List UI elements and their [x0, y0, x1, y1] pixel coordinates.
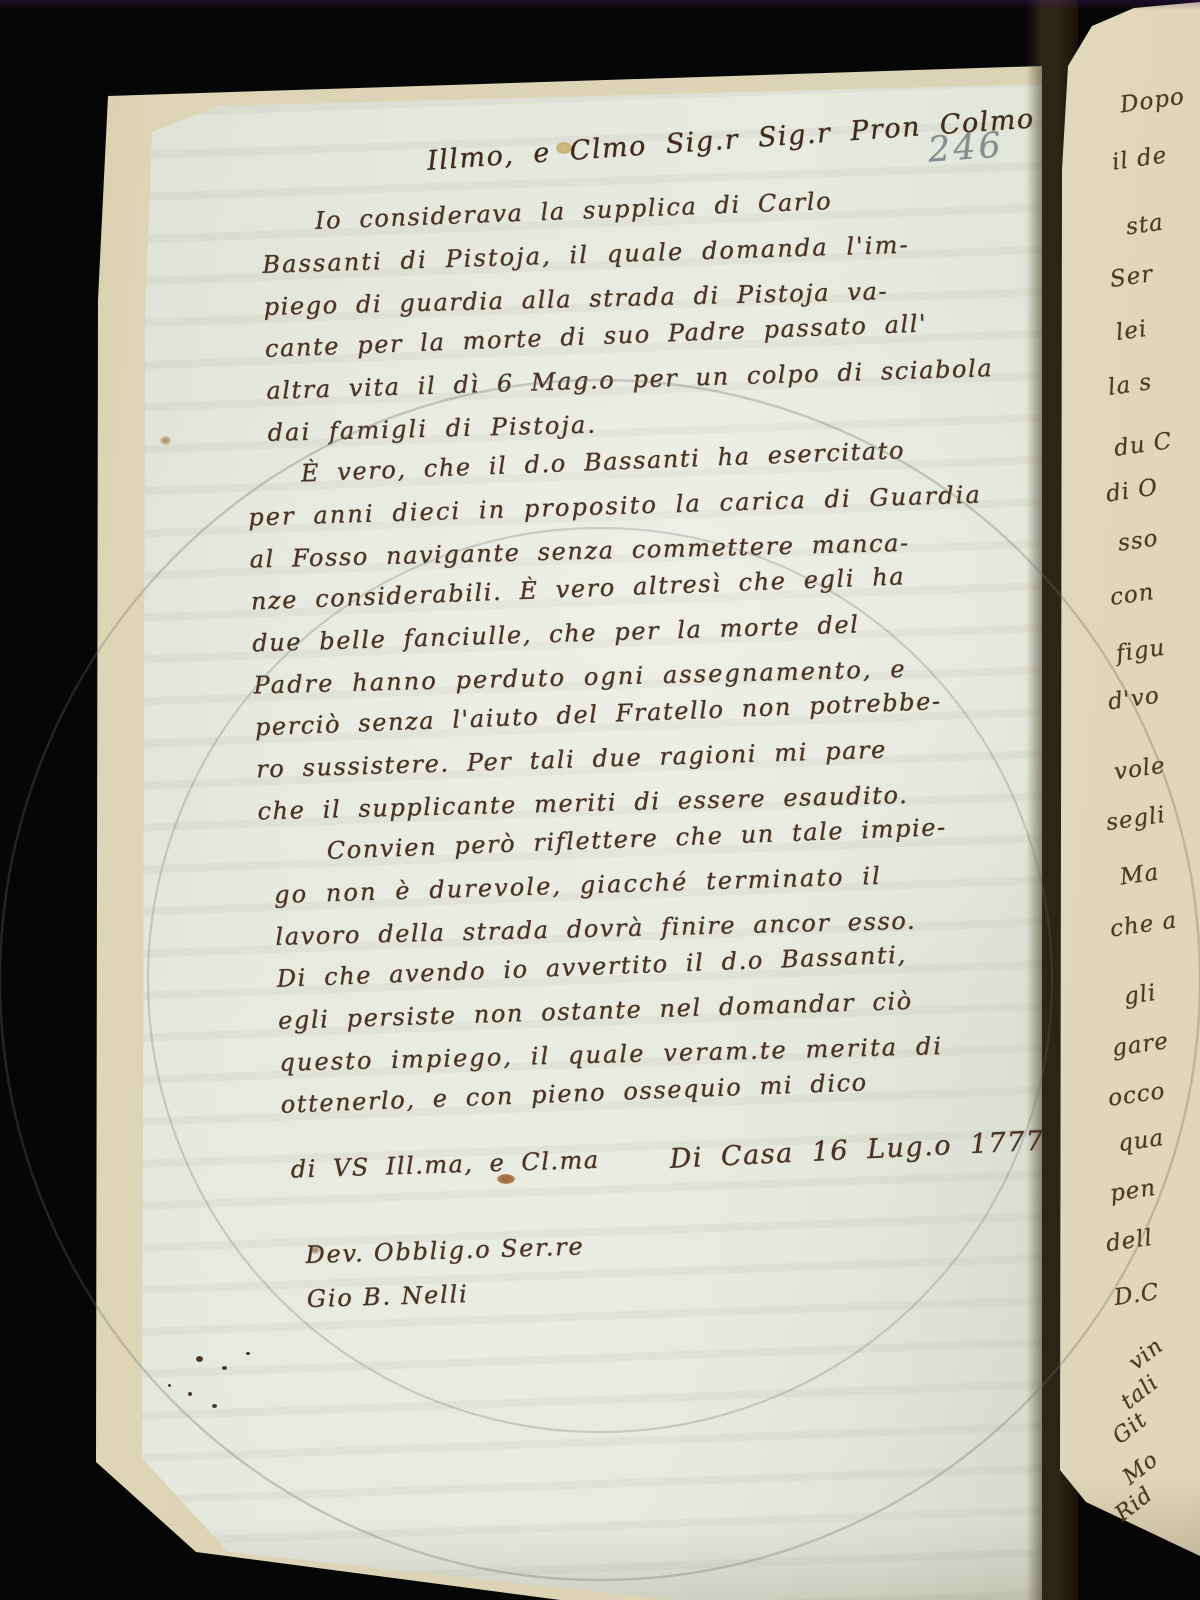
ink-speck [212, 1404, 217, 1408]
letter-body: Illmo, e Clmo Sig.r Sig.r Pron Colmo Io … [258, 103, 1043, 1322]
recto-fragment: gli [1122, 980, 1158, 1010]
recto-page-text: Dopo il de sta Ser lei la s du C di O ss… [1102, 80, 1200, 1520]
recto-fragment: lei [1114, 316, 1149, 346]
photo-edge-fringe [0, 0, 1200, 10]
recto-fragment: sso [1116, 525, 1160, 556]
ink-speck [222, 1366, 227, 1370]
letter-paragraph: Io considerava la supplica di Carlo Bass… [260, 178, 1016, 453]
letter-paragraph: È vero, che il d.o Bassanti ha esercitat… [246, 430, 1027, 832]
recto-fragment: che a [1109, 907, 1179, 942]
recto-fragment: sta [1124, 209, 1165, 240]
recto-fragment: segli [1104, 802, 1167, 836]
recto-fragment: qua [1116, 1125, 1165, 1157]
ink-speck [168, 1384, 171, 1387]
recto-fragment: pen [1108, 1175, 1157, 1207]
recto-fragment: di O [1104, 474, 1159, 507]
recto-fragment: d'vo [1106, 683, 1161, 716]
recto-fragment: vin [1124, 1333, 1168, 1375]
closing-salutation: di VS Ill.ma, e Cl.ma [290, 1146, 600, 1184]
recto-fragment: dell [1104, 1225, 1154, 1257]
recto-fragment: tali [1117, 1370, 1164, 1414]
recto-fragment: gare [1110, 1028, 1170, 1062]
recto-fragment: vole [1112, 753, 1167, 786]
recto-fragment: il de [1110, 142, 1168, 175]
recto-fragment: la s [1106, 369, 1153, 401]
ink-speck [196, 1356, 203, 1362]
letter-paragraph: Convien però riflettere che un tale impi… [272, 808, 1037, 1126]
recto-fragment: Dopo [1119, 84, 1187, 119]
recto-fragment: figu [1114, 635, 1167, 668]
ink-speck [188, 1392, 192, 1396]
recto-fragment: D.C [1112, 1279, 1161, 1311]
recto-fragment: Ma [1118, 859, 1161, 890]
ink-speck [246, 1352, 250, 1355]
recto-fragment: con [1108, 579, 1156, 611]
fox-stain [160, 436, 171, 445]
recto-fragment: Git [1108, 1407, 1152, 1449]
recto-fragment: occo [1106, 1078, 1167, 1112]
manuscript-photo: 246 Illmo, e Clmo Sig.r Sig.r Pron Colmo… [0, 0, 1200, 1600]
recto-fragment: du C [1112, 428, 1174, 462]
recto-fragment: Ser [1108, 261, 1155, 293]
dateline: Di Casa 16 Lug.o 1777 [669, 1126, 1045, 1175]
